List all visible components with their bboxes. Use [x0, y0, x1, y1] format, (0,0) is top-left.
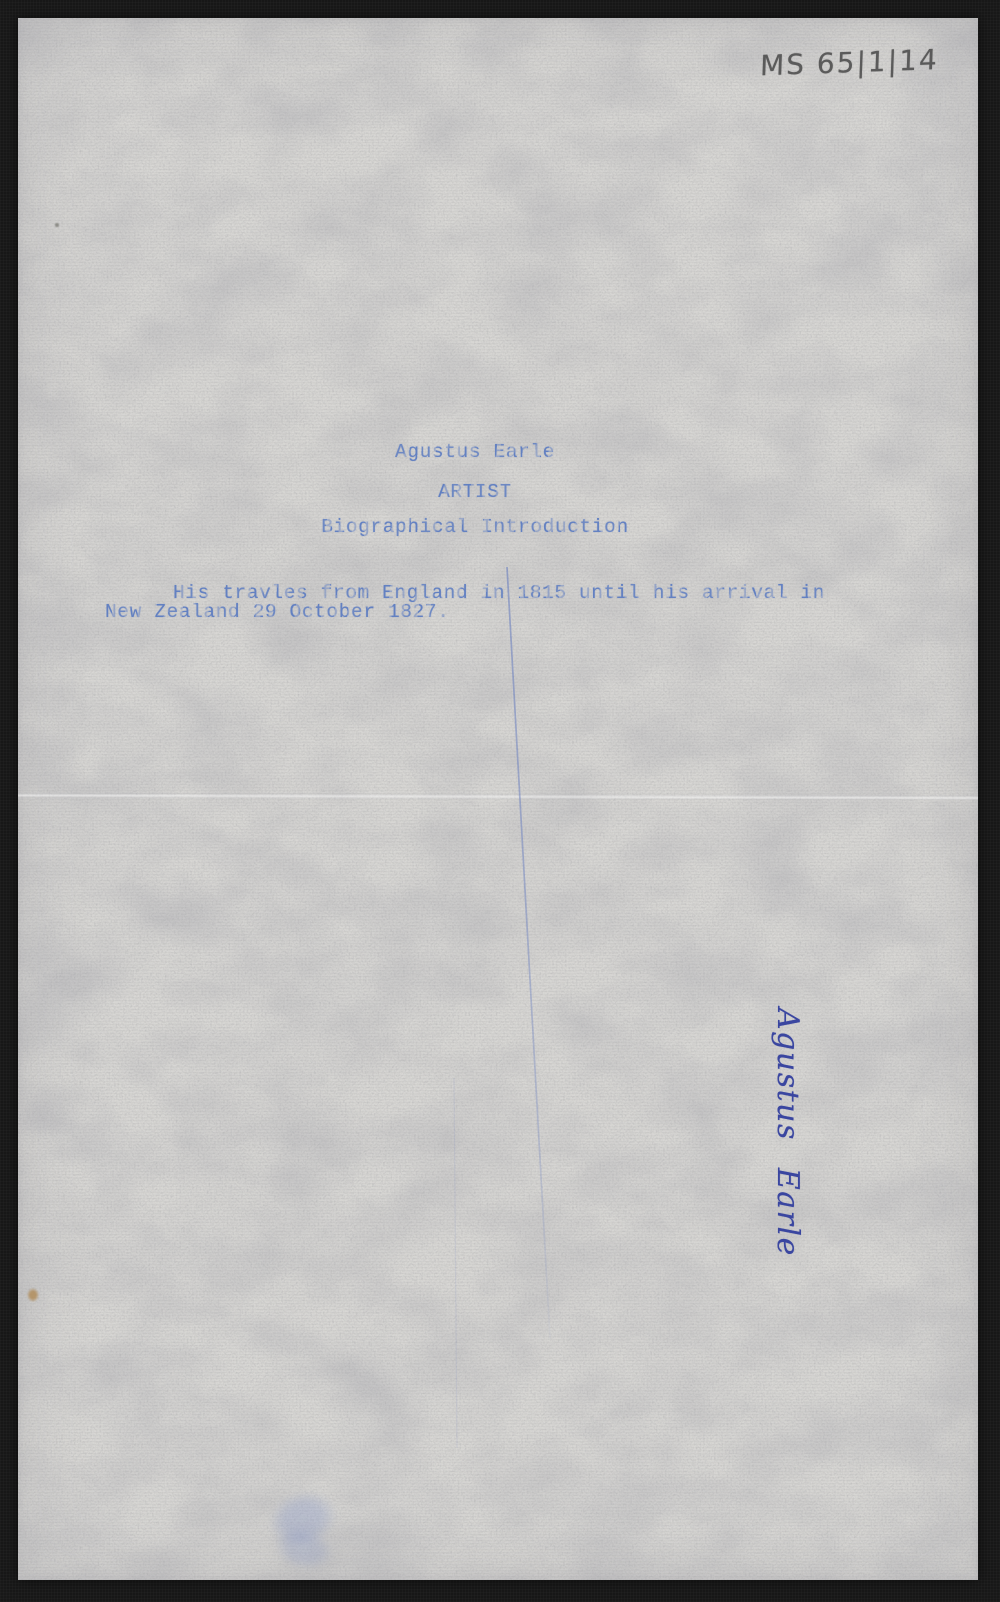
paper-speck	[55, 223, 59, 227]
typed-body-line-2: New Zealand 29 October 1827.	[105, 602, 449, 622]
typed-title-name: Agustus Earle	[175, 442, 775, 462]
archive-reference-pencil: MS 65|1|14	[759, 43, 950, 83]
typed-title-role: ARTIST	[175, 482, 775, 502]
typed-body-line-1: His travles from England in 1815 until h…	[173, 583, 825, 603]
handwritten-name-vertical: Agustus Earle	[759, 1008, 805, 1260]
typed-title-subtitle: Biographical Introduction	[175, 517, 775, 537]
document-page: MS 65|1|14 Agustus Earle ARTIST Biograph…	[18, 18, 978, 1580]
scan-mat-background: { "document": { "archive_reference": "MS…	[0, 0, 1000, 1602]
fold-crease	[18, 793, 978, 801]
paper-stain-spot	[27, 1288, 39, 1302]
